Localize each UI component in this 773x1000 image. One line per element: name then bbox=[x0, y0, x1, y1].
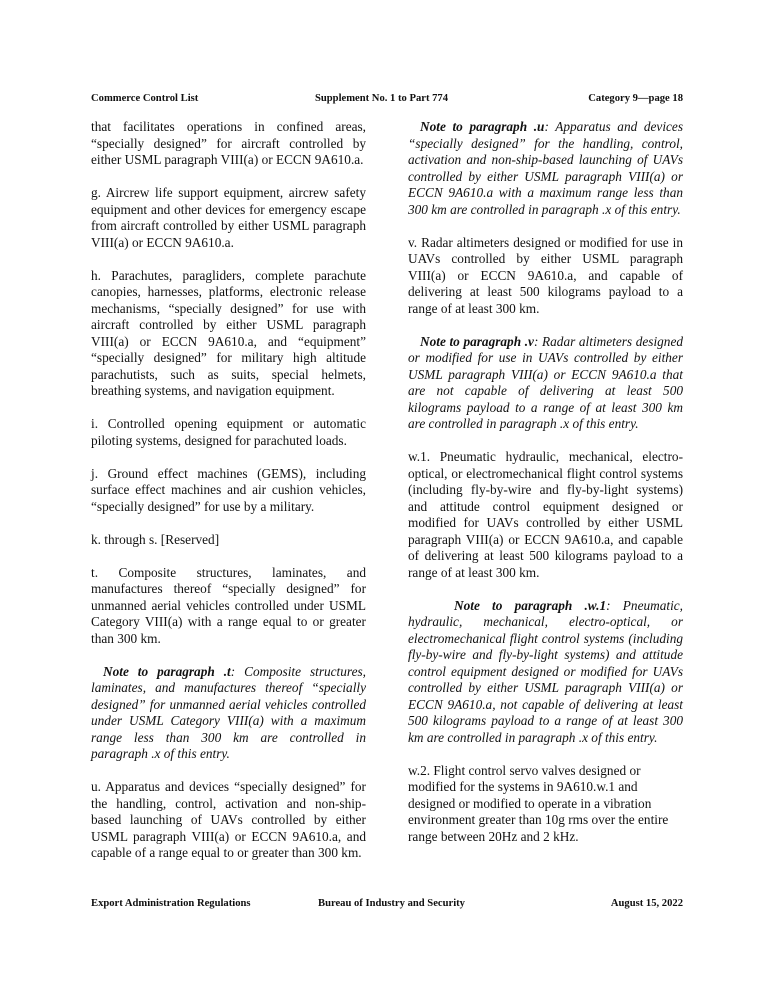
note-paragraph-w1: Note to paragraph .w.1: Pneumatic, hydra… bbox=[408, 598, 683, 747]
paragraph-g: g. Aircrew life support equipment, aircr… bbox=[91, 185, 366, 251]
paragraph-w1: w.1. Pneumatic hydraulic, mechanical, el… bbox=[408, 449, 683, 581]
paragraph-u: u. Apparatus and devices “specially desi… bbox=[91, 779, 366, 862]
right-column: Note to paragraph .u: Apparatus and devi… bbox=[408, 119, 683, 862]
paragraph-k-s-reserved: k. through s. [Reserved] bbox=[91, 532, 366, 549]
paragraph-f-continued: that facilitates operations in confined … bbox=[91, 119, 366, 169]
paragraph-w2: w.2. Flight control servo valves designe… bbox=[408, 763, 683, 846]
footer-regulations: Export Administration Regulations bbox=[91, 897, 251, 910]
note-label: Note to paragraph .v bbox=[420, 334, 534, 349]
header-title: Commerce Control List bbox=[91, 92, 198, 105]
paragraph-j: j. Ground effect machines (GEMS), includ… bbox=[91, 466, 366, 516]
note-text: : Pneumatic, hydraulic, mechanical, elec… bbox=[408, 598, 683, 745]
paragraph-h: h. Parachutes, paragliders, complete par… bbox=[91, 268, 366, 400]
note-label: Note to paragraph .t bbox=[103, 664, 231, 679]
paragraph-t: t. Composite structures, laminates, and … bbox=[91, 565, 366, 648]
header-supplement: Supplement No. 1 to Part 774 bbox=[315, 92, 448, 105]
note-label: Note to paragraph .w.1 bbox=[454, 598, 606, 613]
paragraph-i: i. Controlled opening equipment or autom… bbox=[91, 416, 366, 449]
note-label: Note to paragraph .u bbox=[420, 119, 544, 134]
header-page-number: Category 9—page 18 bbox=[588, 92, 683, 105]
note-paragraph-v: Note to paragraph .v: Radar altimeters d… bbox=[408, 334, 683, 433]
footer-date: August 15, 2022 bbox=[611, 897, 683, 910]
left-column: that facilitates operations in confined … bbox=[91, 119, 366, 878]
footer-bureau: Bureau of Industry and Security bbox=[318, 897, 465, 910]
note-paragraph-u: Note to paragraph .u: Apparatus and devi… bbox=[408, 119, 683, 218]
note-paragraph-t: Note to paragraph .t: Composite structur… bbox=[91, 664, 366, 763]
paragraph-v: v. Radar altimeters designed or modified… bbox=[408, 235, 683, 318]
